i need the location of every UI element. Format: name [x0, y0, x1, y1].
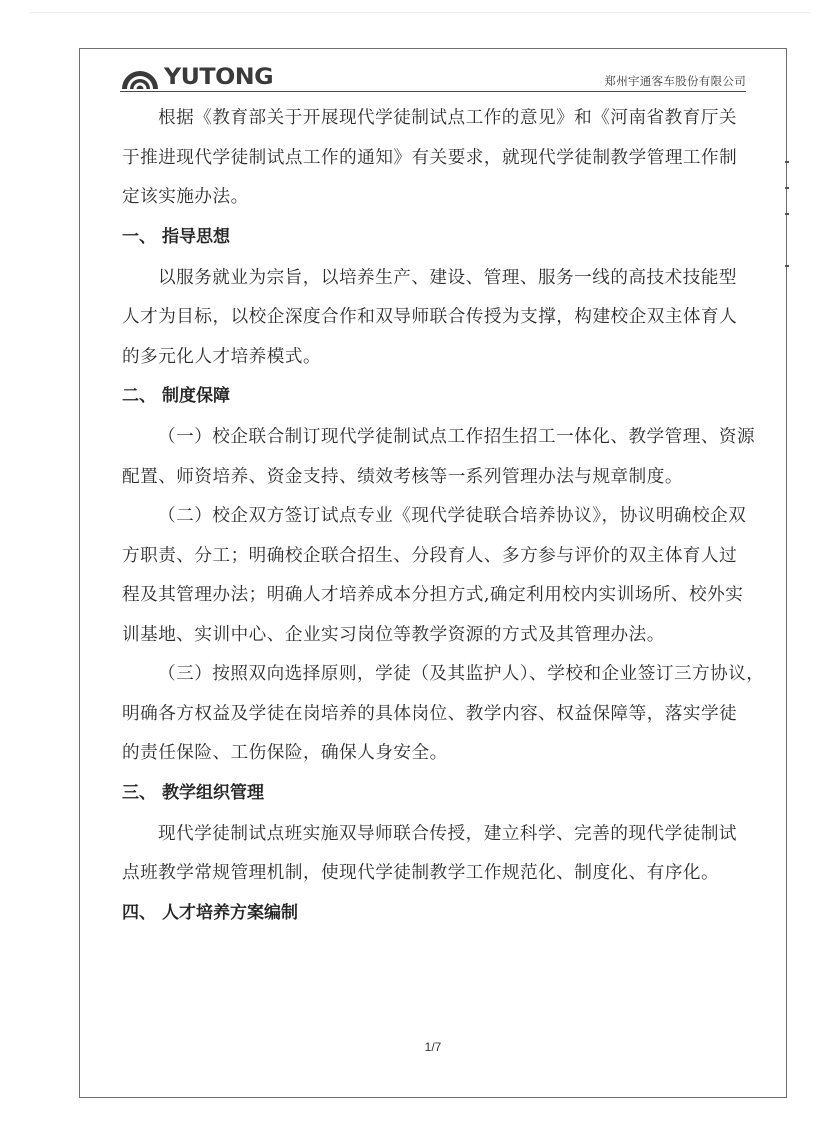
- section-number: 四、: [122, 898, 162, 928]
- paragraph: 现代学徒制试点班实施双导师联合传授，建立科学、完善的现代学徒制试 点班教学常规管…: [122, 819, 742, 898]
- paragraph: 以服务就业为宗旨，以培养生产、建设、管理、服务一线的高技术技能型 人才为目标，以…: [122, 263, 742, 382]
- text-line: 方职责、分工；明确校企联合招生、分段育人、多方参与评价的双主体育人过: [122, 541, 742, 581]
- yutong-logo: YUTONG: [120, 61, 265, 89]
- text-line: 的多元化人才培养模式。: [122, 342, 742, 382]
- margin-mark: [785, 161, 789, 163]
- paragraph: （二）校企双方签订试点专业《现代学徒联合培养协议》，协议明确校企双 方职责、分工…: [122, 501, 742, 659]
- section-heading-2: 二、制度保障: [122, 381, 742, 422]
- page-number: 1/7: [80, 1040, 786, 1054]
- text-line: （三）按照双向选择原则，学徒（及其监护人）、学校和企业签订三方协议，: [122, 659, 742, 699]
- text-line: 现代学徒制试点班实施双导师联合传授，建立科学、完善的现代学徒制试: [122, 819, 742, 859]
- margin-mark: [785, 213, 789, 215]
- logo-text: YUTONG: [164, 67, 273, 89]
- company-name: 郑州宇通客车股份有限公司: [604, 73, 746, 89]
- section-number: 二、: [122, 381, 162, 411]
- section-heading-3: 三、教学组织管理: [122, 778, 742, 819]
- text-line: 训基地、实训中心、企业实习岗位等教学资源的方式及其管理办法。: [122, 620, 742, 660]
- section-title: 人才培养方案编制: [162, 903, 298, 923]
- document-body: 根据《教育部关于开展现代学徒制试点工作的意见》和《河南省教育厅关 于推进现代学徒…: [122, 103, 742, 939]
- section-title: 制度保障: [162, 386, 230, 406]
- text-line: （一）校企联合制订现代学徒制试点工作招生招工一体化、教学管理、资源: [122, 422, 742, 462]
- text-line: 于推进现代学徒制试点工作的通知》有关要求，就现代学徒制教学管理工作制: [122, 143, 742, 183]
- text-line: 程及其管理办法；明确人才培养成本分担方式,确定利用校内实训场所、校外实: [122, 580, 742, 620]
- text-line: 点班教学常规管理机制，使现代学徒制教学工作规范化、制度化、有序化。: [122, 858, 742, 898]
- text-line: 配置、师资培养、资金支持、绩效考核等一系列管理办法与规章制度。: [122, 462, 742, 502]
- section-number: 三、: [122, 778, 162, 808]
- text-line: 以服务就业为宗旨，以培养生产、建设、管理、服务一线的高技术技能型: [122, 263, 742, 303]
- section-heading-4: 四、人才培养方案编制: [122, 898, 742, 939]
- page-header: YUTONG 郑州宇通客车股份有限公司: [120, 61, 746, 92]
- section-heading-1: 一、指导思想: [122, 222, 742, 263]
- text-line: 明确各方权益及学徒在岗培养的具体岗位、教学内容、权益保障等，落实学徒: [122, 699, 742, 739]
- section-title: 教学组织管理: [162, 783, 264, 803]
- paragraph: （三）按照双向选择原则，学徒（及其监护人）、学校和企业签订三方协议， 明确各方权…: [122, 659, 742, 778]
- paragraph: （一）校企联合制订现代学徒制试点工作招生招工一体化、教学管理、资源 配置、师资培…: [122, 422, 742, 501]
- section-number: 一、: [122, 222, 162, 252]
- text-line: 人才为目标，以校企深度合作和双导师联合传授为支撑，构建校企双主体育人: [122, 302, 742, 342]
- text-line: 的责任保险、工伤保险，确保人身安全。: [122, 738, 742, 778]
- margin-mark: [785, 187, 789, 189]
- scan-artifact-line: [30, 12, 810, 13]
- margin-mark: [785, 265, 789, 267]
- intro-paragraph: 根据《教育部关于开展现代学徒制试点工作的意见》和《河南省教育厅关 于推进现代学徒…: [122, 103, 742, 222]
- document-page: YUTONG 郑州宇通客车股份有限公司 根据《教育部关于开展现代学徒制试点工作的…: [79, 48, 787, 1098]
- text-line: 定该实施办法。: [122, 182, 742, 222]
- yutong-arcs-icon: [120, 63, 160, 89]
- text-line: （二）校企双方签订试点专业《现代学徒联合培养协议》，协议明确校企双: [122, 501, 742, 541]
- section-title: 指导思想: [162, 227, 230, 247]
- text-line: 根据《教育部关于开展现代学徒制试点工作的意见》和《河南省教育厅关: [122, 103, 742, 143]
